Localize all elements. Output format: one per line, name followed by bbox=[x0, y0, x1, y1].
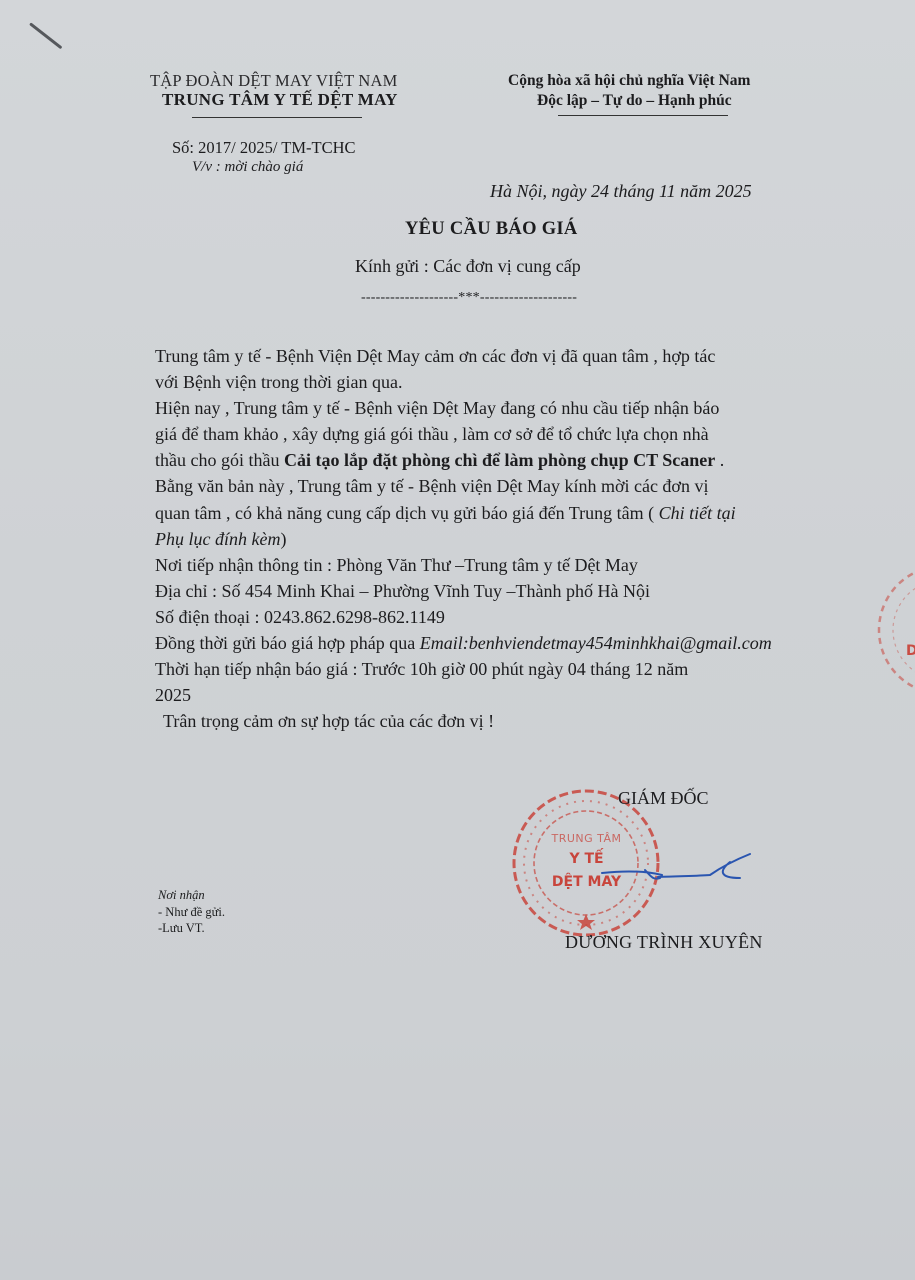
deadline: Thời hạn tiếp nhận báo giá : Trước 10h g… bbox=[155, 656, 855, 682]
body-text: ) bbox=[280, 529, 286, 549]
signer-title: GIÁM ĐỐC bbox=[618, 788, 709, 809]
signer-name: DƯƠNG TRÌNH XUYÊN bbox=[565, 932, 763, 953]
reference-number: Số: 2017/ 2025/ TM-TCHC bbox=[172, 138, 356, 158]
pen-mark bbox=[29, 22, 62, 49]
partial-edge-stamp bbox=[868, 560, 915, 700]
body-line: quan tâm , có khả năng cung cấp dịch vụ … bbox=[155, 500, 855, 526]
separator-line: --------------------***-----------------… bbox=[361, 290, 577, 306]
appendix-reference: Chi tiết tại bbox=[659, 503, 736, 523]
body-line: với Bệnh viện trong thời gian qua. bbox=[155, 369, 855, 395]
body-line: Hiện nay , Trung tâm y tế - Bệnh viện Dệ… bbox=[155, 395, 855, 421]
handwritten-signature bbox=[590, 848, 760, 893]
body-text: quan tâm , có khả năng cung cấp dịch vụ … bbox=[155, 503, 659, 523]
recipients-item: -Lưu VT. bbox=[158, 921, 205, 936]
body-line: Phụ lục đính kèm) bbox=[155, 526, 855, 552]
contact-office: Nơi tiếp nhận thông tin : Phòng Văn Thư … bbox=[155, 552, 855, 578]
recipient-line: Kính gửi : Các đơn vị cung cấp bbox=[355, 256, 581, 277]
deadline-year: 2025 bbox=[155, 682, 855, 708]
edge-stamp-letter: D bbox=[906, 643, 915, 659]
document-body: Trung tâm y tế - Bệnh Viện Dệt May cảm ơ… bbox=[155, 343, 855, 734]
body-line: Trung tâm y tế - Bệnh Viện Dệt May cảm ơ… bbox=[155, 343, 855, 369]
recipients-item: - Như đề gửi. bbox=[158, 905, 225, 920]
address: Địa chỉ : Số 454 Minh Khai – Phường Vĩnh… bbox=[155, 578, 855, 604]
organization-name: TRUNG TÂM Y TẾ DỆT MAY bbox=[162, 90, 398, 110]
email-line: Đồng thời gửi báo giá hợp pháp qua Email… bbox=[155, 630, 855, 656]
body-text: Đồng thời gửi báo giá hợp pháp qua bbox=[155, 633, 420, 653]
document-title: YÊU CẦU BÁO GIÁ bbox=[405, 219, 578, 240]
closing-line: Trân trọng cảm ơn sự hợp tác của các đơn… bbox=[163, 708, 855, 734]
document-subject: V/v : mời chào giá bbox=[192, 159, 303, 176]
email-address: Email:benhviendetmay454minhkhai@gmail.co… bbox=[420, 633, 772, 653]
appendix-reference: Phụ lục đính kèm bbox=[155, 529, 280, 549]
motto-underline bbox=[558, 115, 728, 116]
body-line: Bằng văn bản này , Trung tâm y tế - Bệnh… bbox=[155, 473, 855, 499]
place-and-date: Hà Nội, ngày 24 tháng 11 năm 2025 bbox=[490, 181, 752, 202]
recipients-label: Nơi nhận bbox=[158, 888, 205, 903]
body-text: thầu cho gói thầu bbox=[155, 450, 284, 470]
body-line: giá để tham khảo , xây dựng giá gói thầu… bbox=[155, 421, 855, 447]
stamp-line-1: TRUNG TÂM bbox=[509, 832, 664, 845]
national-title: Cộng hòa xã hội chủ nghĩa Việt Nam bbox=[508, 72, 750, 90]
parent-organization: TẬP ĐOÀN DỆT MAY VIỆT NAM bbox=[150, 71, 397, 91]
body-line: thầu cho gói thầu Cải tạo lắp đặt phòng … bbox=[155, 447, 855, 473]
body-text: . bbox=[715, 450, 724, 470]
national-motto: Độc lập – Tự do – Hạnh phúc bbox=[537, 92, 732, 110]
organization-underline bbox=[192, 117, 362, 118]
phone-number: Số điện thoại : 0243.862.6298-862.1149 bbox=[155, 604, 855, 630]
scanned-document-page: TẬP ĐOÀN DỆT MAY VIỆT NAM TRUNG TÂM Y TẾ… bbox=[0, 0, 915, 1280]
tender-package-name: Cải tạo lắp đặt phòng chì để làm phòng c… bbox=[284, 450, 715, 470]
